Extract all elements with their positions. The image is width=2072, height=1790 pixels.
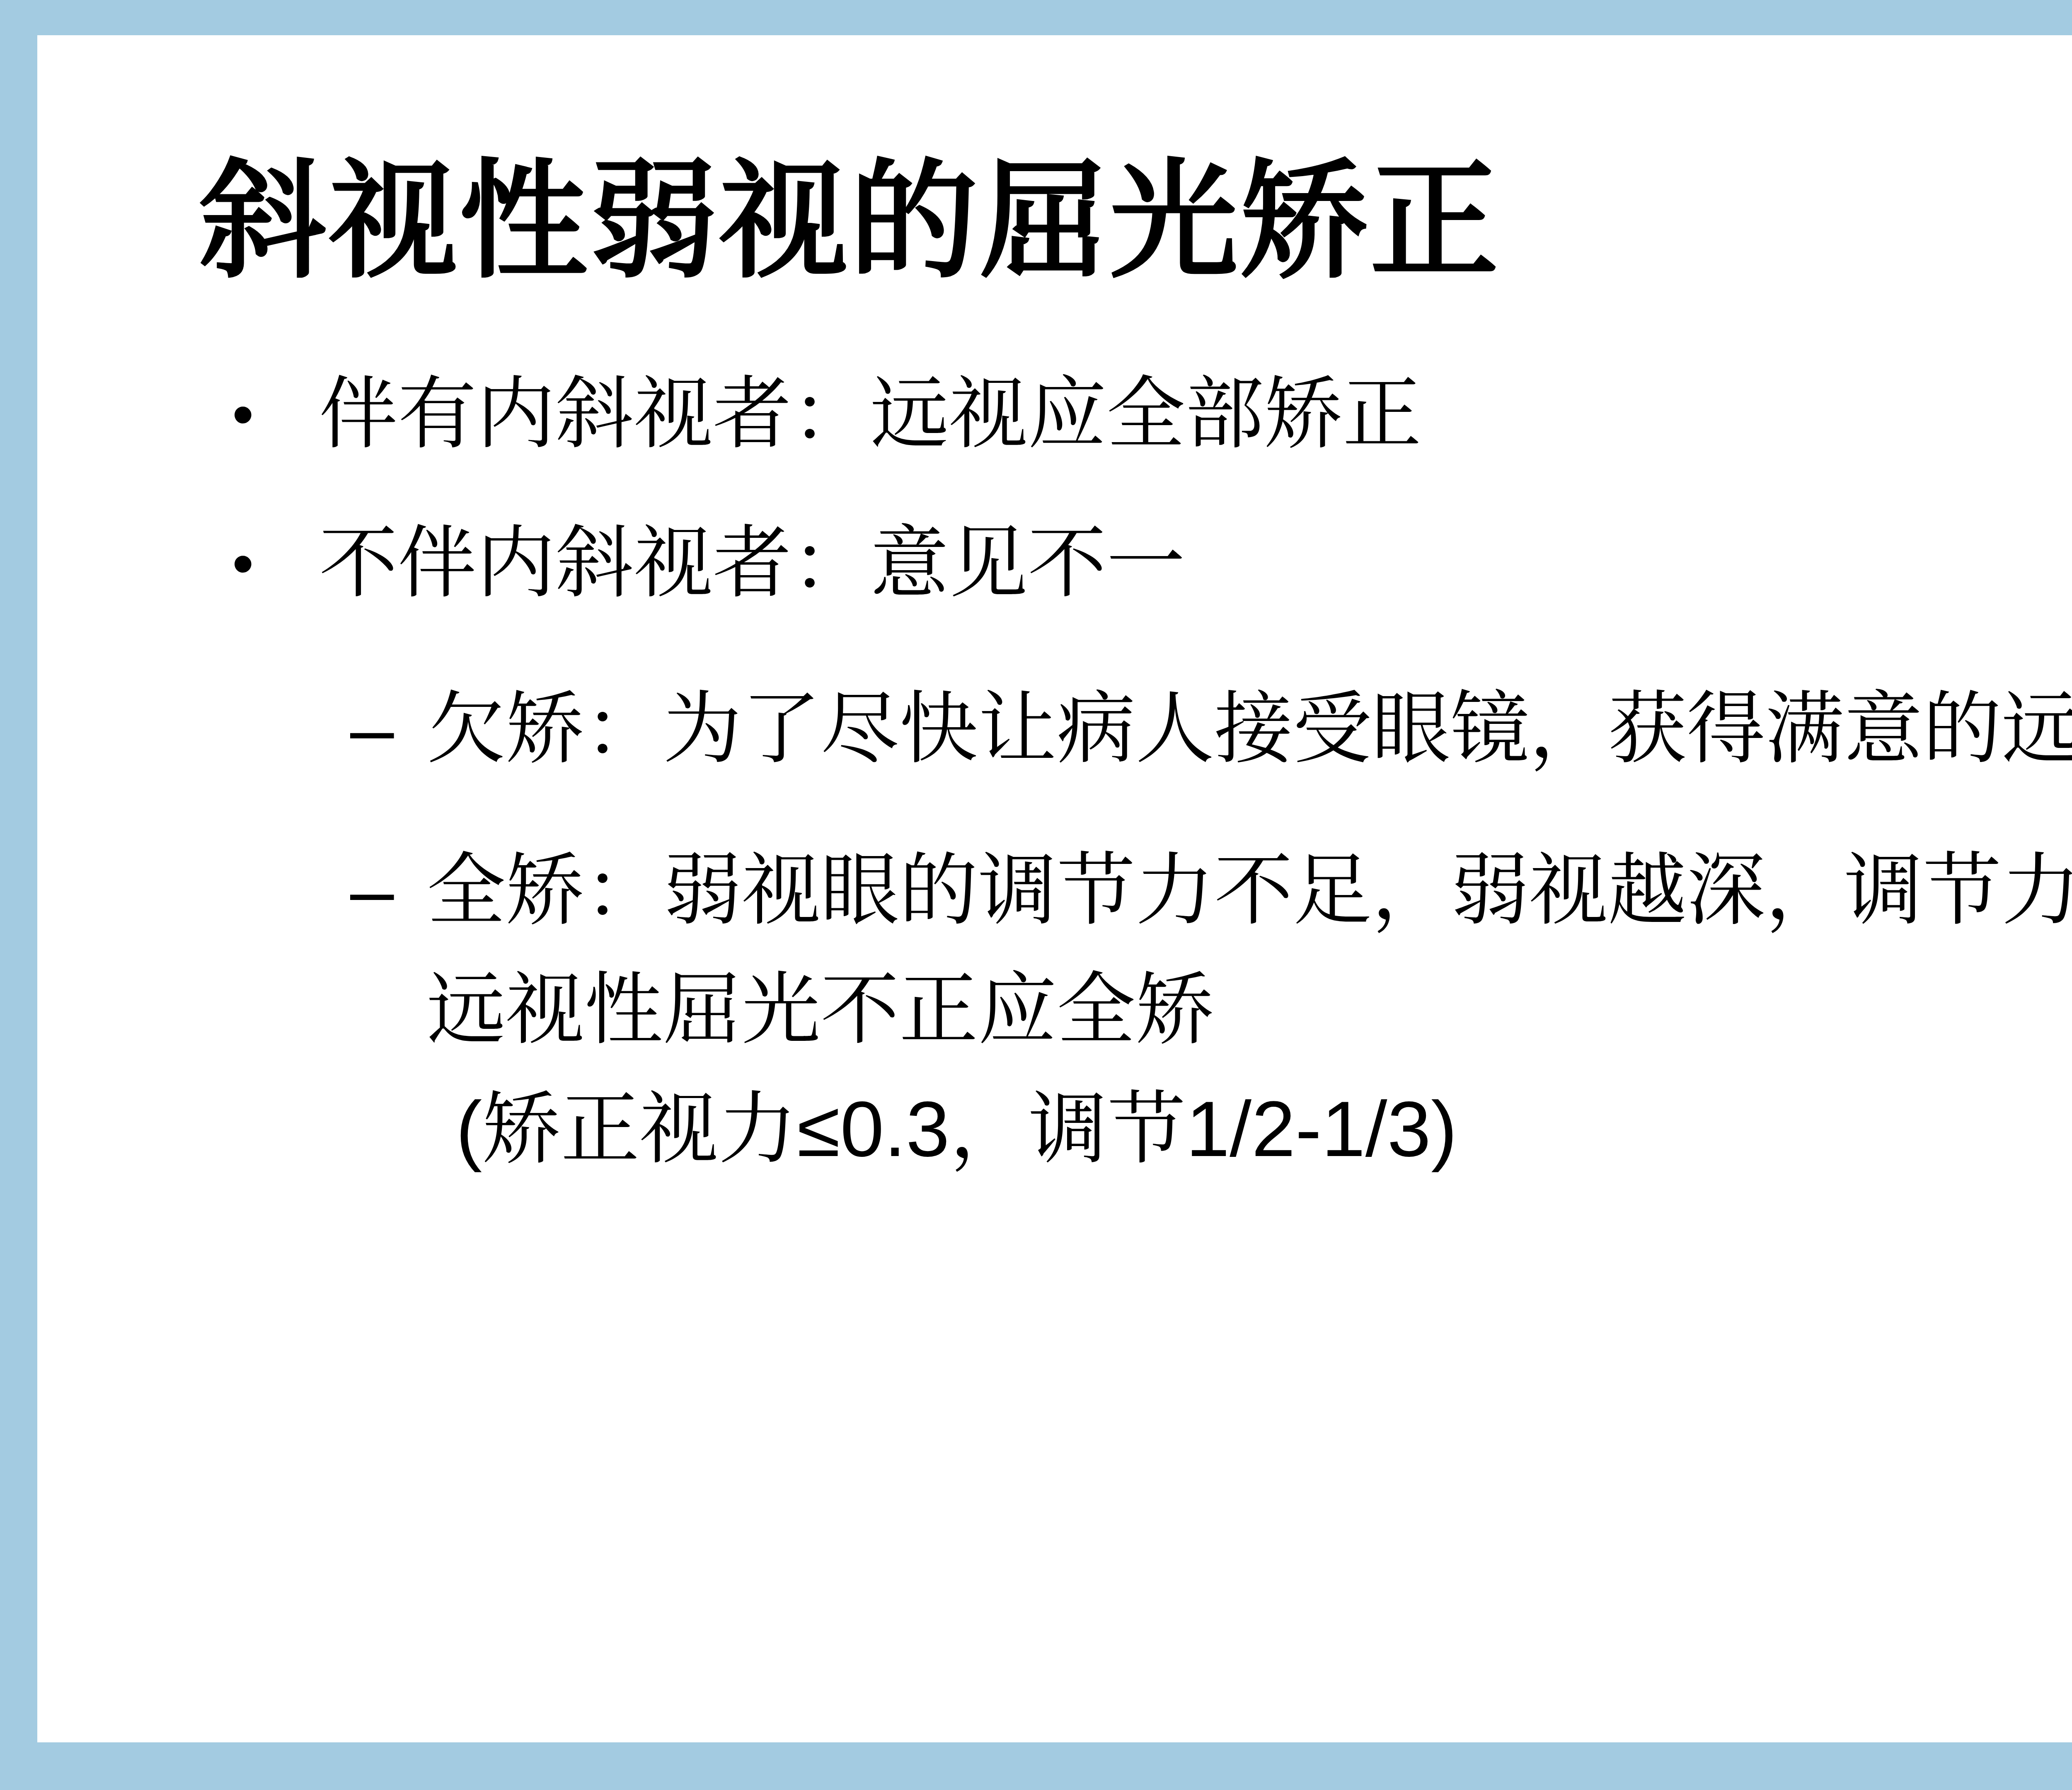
bullet-text: 伴有内斜视者：远视应全部矫正 (319, 354, 1421, 474)
bullet-item: • 不伴内斜视者：意见不一 (37, 503, 2072, 623)
dash-marker: – (350, 831, 427, 950)
slide-background: 斜视性弱视的屈光矫正 • 伴有内斜视者：远视应全部矫正 • 不伴内斜视者：意见不… (0, 0, 2072, 1790)
sub-bullet-text: 欠矫：为了尽快让病人接受眼镜，获得满意的远视力，避免发生外斜视 (427, 669, 2072, 789)
bullet-dot-marker: • (232, 503, 319, 623)
dash-marker: – (350, 669, 427, 789)
slide-content-area: 斜视性弱视的屈光矫正 • 伴有内斜视者：远视应全部矫正 • 不伴内斜视者：意见不… (37, 35, 2072, 1742)
continuation-line: 远视性屈光不正应全矫 (37, 950, 2072, 1069)
slide-title: 斜视性弱视的屈光矫正 (199, 139, 2072, 305)
sub-bullet-item: – 全矫：弱视眼的调节力不足，弱视越深，调节力越差。因此伴有弱视的 (37, 831, 2072, 950)
bullet-text: 不伴内斜视者：意见不一 (319, 503, 1185, 623)
bullet-dot-marker: • (232, 354, 319, 474)
parenthetical-text: (矫正视力≤0.3，调节1/2-1/3) (456, 1069, 1457, 1189)
parenthetical-line: (矫正视力≤0.3，调节1/2-1/3) (37, 1069, 2072, 1189)
continuation-text: 远视性屈光不正应全矫 (427, 950, 1214, 1069)
bullet-item: • 伴有内斜视者：远视应全部矫正 (37, 354, 2072, 474)
sub-bullet-item: – 欠矫：为了尽快让病人接受眼镜，获得满意的远视力，避免发生外斜视 (37, 669, 2072, 789)
sub-bullet-text: 全矫：弱视眼的调节力不足，弱视越深，调节力越差。因此伴有弱视的 (427, 831, 2072, 950)
